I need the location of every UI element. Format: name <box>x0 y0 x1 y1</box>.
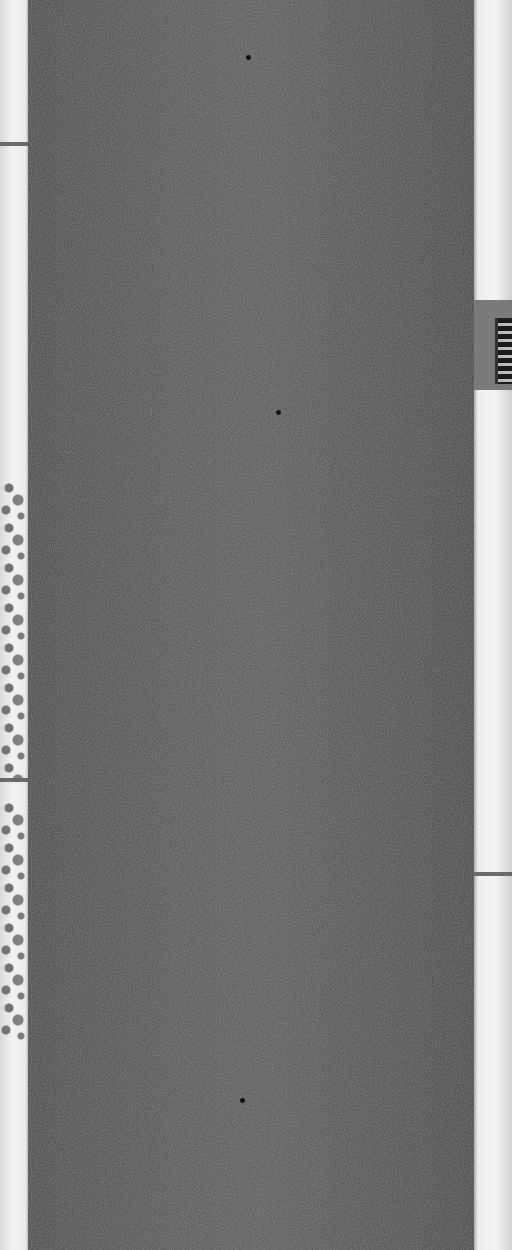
left-curb-wear <box>0 480 30 780</box>
right-curb-joint <box>472 872 512 876</box>
road-spot <box>240 1098 245 1103</box>
asphalt-surface <box>28 0 474 1250</box>
left-curb-wear-lower <box>0 800 30 1040</box>
road-spot <box>246 55 251 60</box>
asphalt-texture <box>28 0 474 1250</box>
left-curb-joint <box>0 142 30 146</box>
road-scene <box>0 0 512 1250</box>
right-curb <box>472 0 512 1250</box>
drain-grate-icon <box>495 318 512 384</box>
left-curb-joint <box>0 778 30 782</box>
road-spot <box>276 410 281 415</box>
